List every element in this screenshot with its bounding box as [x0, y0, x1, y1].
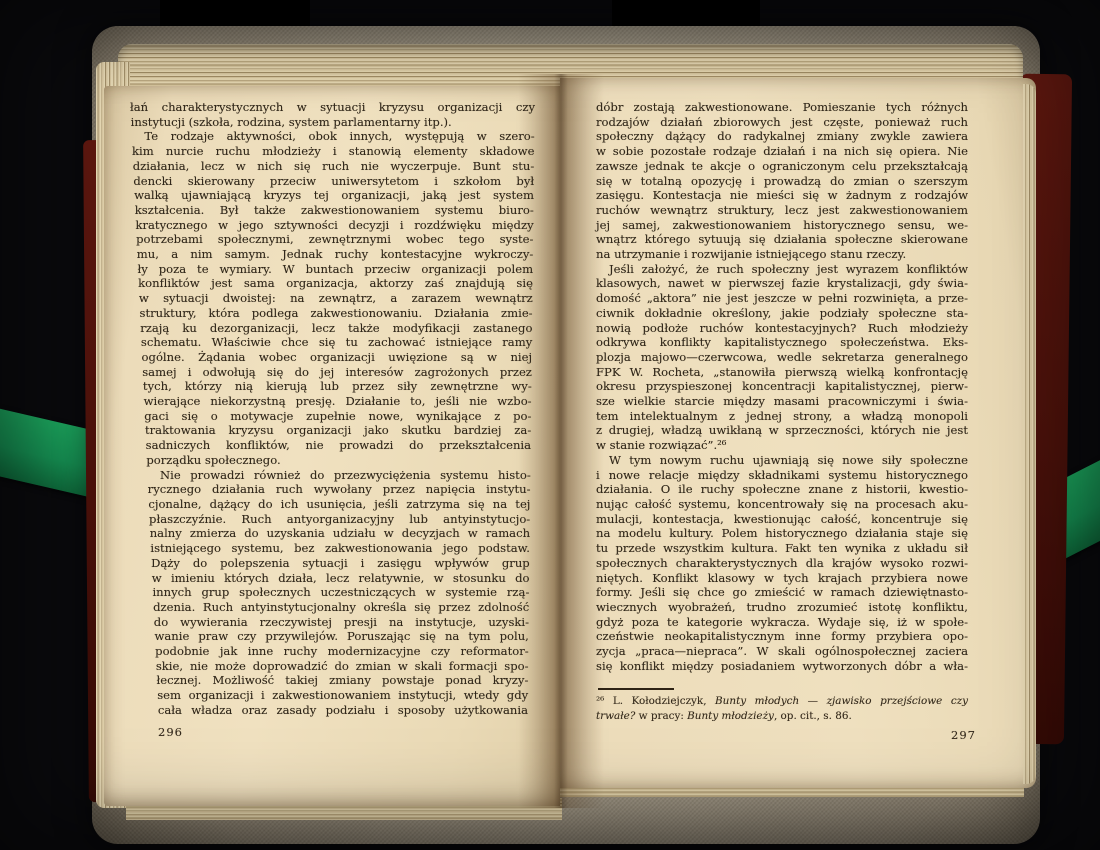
text-line: w sobie pozostałe rodzaje działań i na n…: [596, 144, 968, 159]
text-line: Dąży do polepszenia sytuacji i zasięgu w…: [151, 556, 530, 571]
text-line: nując całość systemu, koncentrowały się …: [596, 497, 968, 512]
text-line: sze wielkie starcie między masami pracow…: [596, 394, 968, 409]
text-line: niętych. Konflikt klasowy w tych krajach…: [596, 571, 968, 586]
footnote-line: trwałe? w pracy: Bunty młodzieży, op. ci…: [596, 709, 968, 724]
text-line: gdyż poza te kategorie wykracza. Wydaje …: [596, 615, 968, 630]
text-line: skie, nie może doprowadzić do zmian w sk…: [156, 659, 529, 674]
text-line: mu, a nim samym. Jednak ruchy kontestacy…: [137, 247, 534, 262]
text-line: łań charakterystycznych w sytuacji kryzy…: [130, 100, 535, 115]
text-line: dóbr zostają zakwestionowane. Pomieszani…: [596, 100, 968, 115]
text-line: tu przede wszystkim kultura. Fakt ten wy…: [596, 541, 968, 556]
footnote-title-segment: Bunty młodych — zjawisko przejściowe czy: [715, 695, 968, 707]
text-line: tych, którzy nią kierują lub przez siły …: [143, 379, 532, 394]
text-line: konfliktów jest sama organizacja, aktorz…: [138, 276, 533, 291]
text-line: sem organizacji i zakwestionowaniem inst…: [157, 688, 528, 703]
text-line: porządku społecznego.: [146, 453, 531, 468]
text-line: tem intelektualnym z jednej strony, a wł…: [596, 409, 968, 424]
page-number-right: 297: [951, 728, 976, 742]
text-line: społecznych charakterystycznych dla kraj…: [596, 556, 968, 571]
text-line: mulacji, kontestacja, kwestionując całoś…: [596, 512, 968, 527]
text-line: na utrzymanie i rozwijanie istniejącego …: [596, 247, 968, 262]
footnote-line: ²⁶ L. Kołodziejczyk, Bunty młodych — zja…: [596, 694, 968, 709]
text-line: rycznego działania ruch wywołany przez n…: [148, 482, 531, 497]
text-line: się konflikt między posiadaniem wytworzo…: [596, 659, 968, 674]
text-line: w imieniu których działa, lecz relatywni…: [152, 571, 530, 586]
text-line: samej i odwołują się do jej interesów za…: [142, 365, 532, 380]
text-line: FPK W. Rocheta, „stanowiła pierwszą wiel…: [596, 365, 968, 380]
text-line: zycja „praca—niepraca”. W skali ogólnosp…: [596, 644, 968, 659]
text-line: wanie praw czy przywilejów. Poruszając s…: [154, 629, 528, 644]
text-line: ciwnik dokładnie określony, jakie podzia…: [596, 306, 968, 321]
text-line: rzają ku dezorganizacji, lecz także mody…: [140, 321, 532, 336]
text-line: wierające niekorzystną presję. Działanie…: [144, 394, 532, 409]
text-line: okresu przyspieszonej koncentracji kapit…: [596, 379, 968, 394]
text-line: klasowych, nawet w pierwszej fazie kryst…: [596, 276, 968, 291]
text-line: innych grup społecznych uczestniczących …: [152, 585, 529, 600]
text-line: potrzebami społecznymi, zewnętrznymi wob…: [136, 232, 533, 247]
text-line: sadniczych konfliktów, nie prowadzi do p…: [146, 438, 531, 453]
text-line: i nowe relacje między składnikami system…: [596, 468, 968, 483]
text-line: podobnie jak inne ruchy modernizacyjne c…: [155, 644, 529, 659]
text-line: W tym nowym ruchu ujawniają się nowe sił…: [596, 453, 968, 468]
text-line: ły poza te wymiary. W buntach przeciw or…: [137, 262, 533, 277]
footnote-text-segment: w pracy:: [635, 710, 687, 722]
text-line: zasięgu. Kontestacja nie mieści się w ża…: [596, 188, 968, 203]
text-line: Te rodzaje aktywności, obok innych, wyst…: [131, 129, 534, 144]
footnote: ²⁶ L. Kołodziejczyk, Bunty młodych — zja…: [596, 694, 968, 723]
text-line: nowią podłoże ruchów kontestacyjnych? Ru…: [596, 321, 968, 336]
text-line: do wywierania rzeczywistej presji na ins…: [154, 615, 529, 630]
text-line: płaszczyźnie. Ruch antyorganizacyjny lub…: [149, 512, 530, 527]
text-line: czeństwie neokapitalistycznym inne formy…: [596, 629, 968, 644]
text-line: kim nurcie ruchu młodzieży i stanowią el…: [132, 144, 534, 159]
text-line: walką ujawniającą kryzys tej organizacji…: [134, 188, 534, 203]
text-line: łecznej. Możliwość takiej zmiany powstaj…: [157, 673, 529, 688]
text-line: dencki skierowany przeciw uniwersytetom …: [133, 174, 534, 189]
text-line: się w totalną opozycję i prowadzą do zmi…: [596, 174, 968, 189]
page-number-left: 296: [158, 725, 183, 739]
left-page-text: łań charakterystycznych w sytuacji kryzy…: [130, 100, 535, 718]
text-line: Jeśli założyć, że ruch społeczny jest wy…: [596, 262, 968, 277]
text-line: działania, lecz w nich się ruch nie wycz…: [133, 159, 535, 174]
text-line: ogólne. Żądania wobec organizacji uwięzi…: [142, 350, 533, 365]
text-line: dzenia. Ruch antyinstytucjonalny określa…: [153, 600, 529, 615]
text-line: domość „aktora” nie jest jeszcze w pełni…: [596, 291, 968, 306]
text-line: struktury, która podlega zakwestionowani…: [140, 306, 533, 321]
text-line: wiecznych wyobrażeń, trudno zrozumieć is…: [596, 600, 968, 615]
text-line: wnątrz którego sytuują się działania spo…: [596, 232, 968, 247]
text-line: rodzajów działań zbiorowych jest częste,…: [596, 115, 968, 130]
text-line: gaci się o motywacje zupełnie nowe, wyni…: [144, 409, 531, 424]
text-line: Nie prowadzi również do przezwyciężenia …: [147, 468, 531, 483]
text-line: społeczny dążący do radykalnej zmiany zw…: [596, 129, 968, 144]
right-page-text: dóbr zostają zakwestionowane. Pomieszani…: [596, 100, 968, 673]
text-line: w sytuacji dwoistej: na zewnątrz, a zara…: [139, 291, 533, 306]
text-line: jej samej, zakwestionowaniem historyczne…: [596, 218, 968, 233]
footnote-title-segment: Bunty młodzieży: [687, 710, 774, 722]
text-line: formy. Jeśli się chce go zmieścić w rama…: [596, 585, 968, 600]
text-line: na modelu kultury. Polem historycznego d…: [596, 526, 968, 541]
footnote-title-segment: trwałe?: [596, 710, 635, 722]
text-line: kształcenia. Był także zakwestionowaniem…: [135, 203, 534, 218]
text-line: w stanie rozwiązać”.²⁶: [596, 438, 968, 453]
footnote-rule: [598, 688, 674, 690]
text-line: działania. O ile ruchy społeczne znane z…: [596, 482, 968, 497]
text-line: istniejącego systemu, bez zakwestionowan…: [150, 541, 530, 556]
text-line: nalny zmierza do uzyskania udziału w dec…: [150, 526, 530, 541]
text-line: cała władza oraz zasady podziału i sposo…: [158, 703, 528, 718]
text-line: plozja majowo—czerwcowa, wedle sekretarz…: [596, 350, 968, 365]
footnote-text-segment: , op. cit., s. 86.: [774, 710, 852, 722]
footnote-text-segment: ²⁶ L. Kołodziejczyk,: [596, 695, 715, 707]
text-line: schematu. Właściwie chce się tu zachować…: [141, 335, 532, 350]
text-line: cjonalne, dążący do ich usunięcia, jeśli…: [148, 497, 530, 512]
text-line: instytucji (szkoła, rodzina, system parl…: [131, 115, 535, 130]
text-line: ruchów wewnątrz struktury, lecz jest zak…: [596, 203, 968, 218]
text-line: odkrywa konflikty kapitalistycznego społ…: [596, 335, 968, 350]
text-line: zawsze jednak te akcje o ograniczonym ce…: [596, 159, 968, 174]
text-line: z drugiej, władzą uwikłaną w sprzecznośc…: [596, 423, 968, 438]
text-line: kratycznego w jego sztywności decyzji i …: [135, 218, 533, 233]
text-line: traktowania kryzysu organizacji jako sku…: [145, 423, 531, 438]
